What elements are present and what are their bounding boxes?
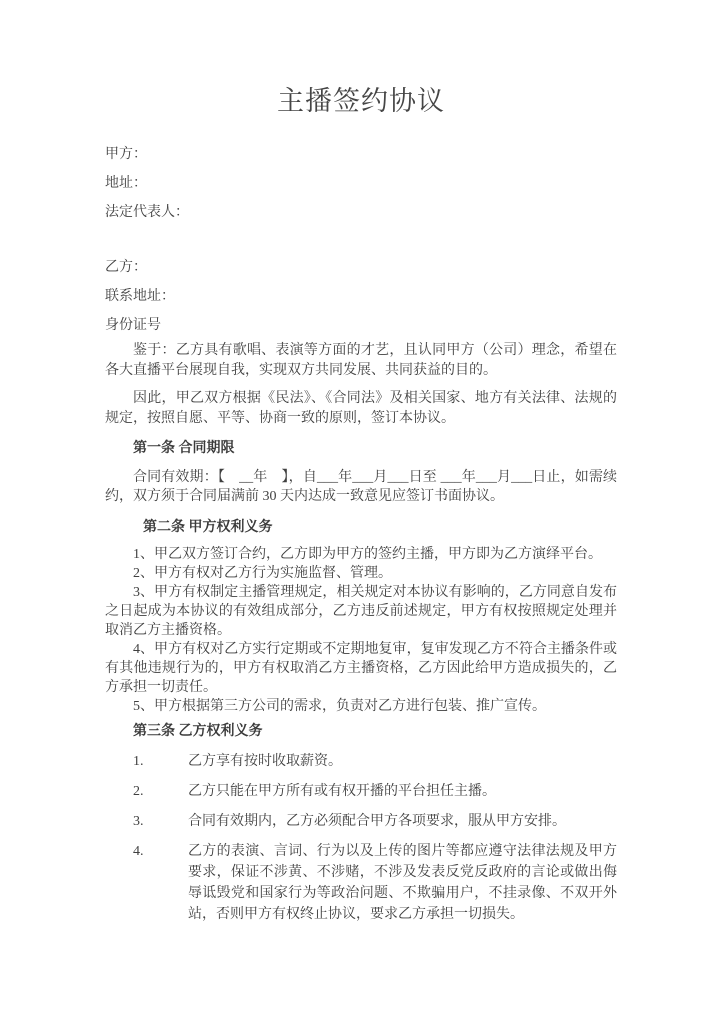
party-a-address-label: 地址： — [105, 169, 617, 198]
section-1-paragraph: 合同有效期：【 __年 】，自___年___月___日至 ___年___月___… — [105, 468, 617, 507]
section-2-item-3: 3、甲方有权制定主播管理规定，相关规定对本协议有影响的，乙方同意自发布之日起成为… — [105, 583, 617, 640]
preamble-paragraph-1: 鉴于：乙方具有歌唱、表演等方面的才艺，且认同甲方（公司）理念，希望在各大直播平台… — [105, 341, 617, 380]
list-item: 2. 乙方只能在甲方所有或有权开播的平台担任主播。 — [105, 781, 617, 802]
list-item-text: 乙方只能在甲方所有或有权开播的平台担任主播。 — [188, 781, 617, 802]
party-b-label: 乙方： — [105, 253, 617, 282]
preamble-paragraph-2: 因此，甲乙双方根据《民法》、《合同法》及相关国家、地方有关法律、法规的规定，按照… — [105, 389, 617, 428]
section-2-item-1: 1、甲乙双方签订合约，乙方即为甲方的签约主播，甲方即为乙方演绎平台。 — [105, 545, 617, 564]
party-a-label: 甲方： — [105, 140, 617, 169]
list-item-number: 4. — [133, 841, 188, 925]
list-item-number: 2. — [133, 781, 188, 802]
list-item-number: 1. — [133, 751, 188, 772]
section-2-item-5: 5、甲方根据第三方公司的需求，负责对乙方进行包装、推广宣传。 — [105, 697, 617, 716]
section-3-heading: 第三条 乙方权利义务 — [105, 722, 617, 742]
list-item: 4. 乙方的表演、言词、行为以及上传的图片等都应遵守法律法规及甲方要求，保证不涉… — [105, 841, 617, 925]
list-item-text: 乙方的表演、言词、行为以及上传的图片等都应遵守法律法规及甲方要求，保证不涉黄、不… — [188, 841, 617, 925]
section-3-list: 1. 乙方享有按时收取薪资。 2. 乙方只能在甲方所有或有权开播的平台担任主播。… — [105, 751, 617, 925]
party-a-section: 甲方： 地址： 法定代表人： — [105, 140, 617, 227]
section-2-item-2: 2、甲方有权对乙方行为实施监督、管理。 — [105, 564, 617, 583]
party-b-section: 乙方： 联系地址： 身份证号 — [105, 253, 617, 340]
contract-document: 主播签约协议 甲方： 地址： 法定代表人： 乙方： 联系地址： 身份证号 鉴于：… — [0, 0, 720, 1018]
section-1-heading: 第一条 合同期限 — [105, 439, 617, 459]
section-2-item-4: 4、甲方有权对乙方实行定期或不定期地复审，复审发现乙方不符合主播条件或有其他违规… — [105, 640, 617, 697]
party-b-id-number-label: 身份证号 — [105, 311, 617, 340]
list-item: 3. 合同有效期内，乙方必须配合甲方各项要求，服从甲方安排。 — [105, 811, 617, 832]
list-item-text: 乙方享有按时收取薪资。 — [188, 751, 617, 772]
list-item: 1. 乙方享有按时收取薪资。 — [105, 751, 617, 772]
list-item-number: 3. — [133, 811, 188, 832]
list-item-text: 合同有效期内，乙方必须配合甲方各项要求，服从甲方安排。 — [188, 811, 617, 832]
document-title: 主播签约协议 — [105, 86, 617, 116]
party-a-legal-representative-label: 法定代表人： — [105, 198, 617, 227]
party-b-address-label: 联系地址： — [105, 282, 617, 311]
section-2-heading: 第二条 甲方权利义务 — [105, 518, 617, 538]
